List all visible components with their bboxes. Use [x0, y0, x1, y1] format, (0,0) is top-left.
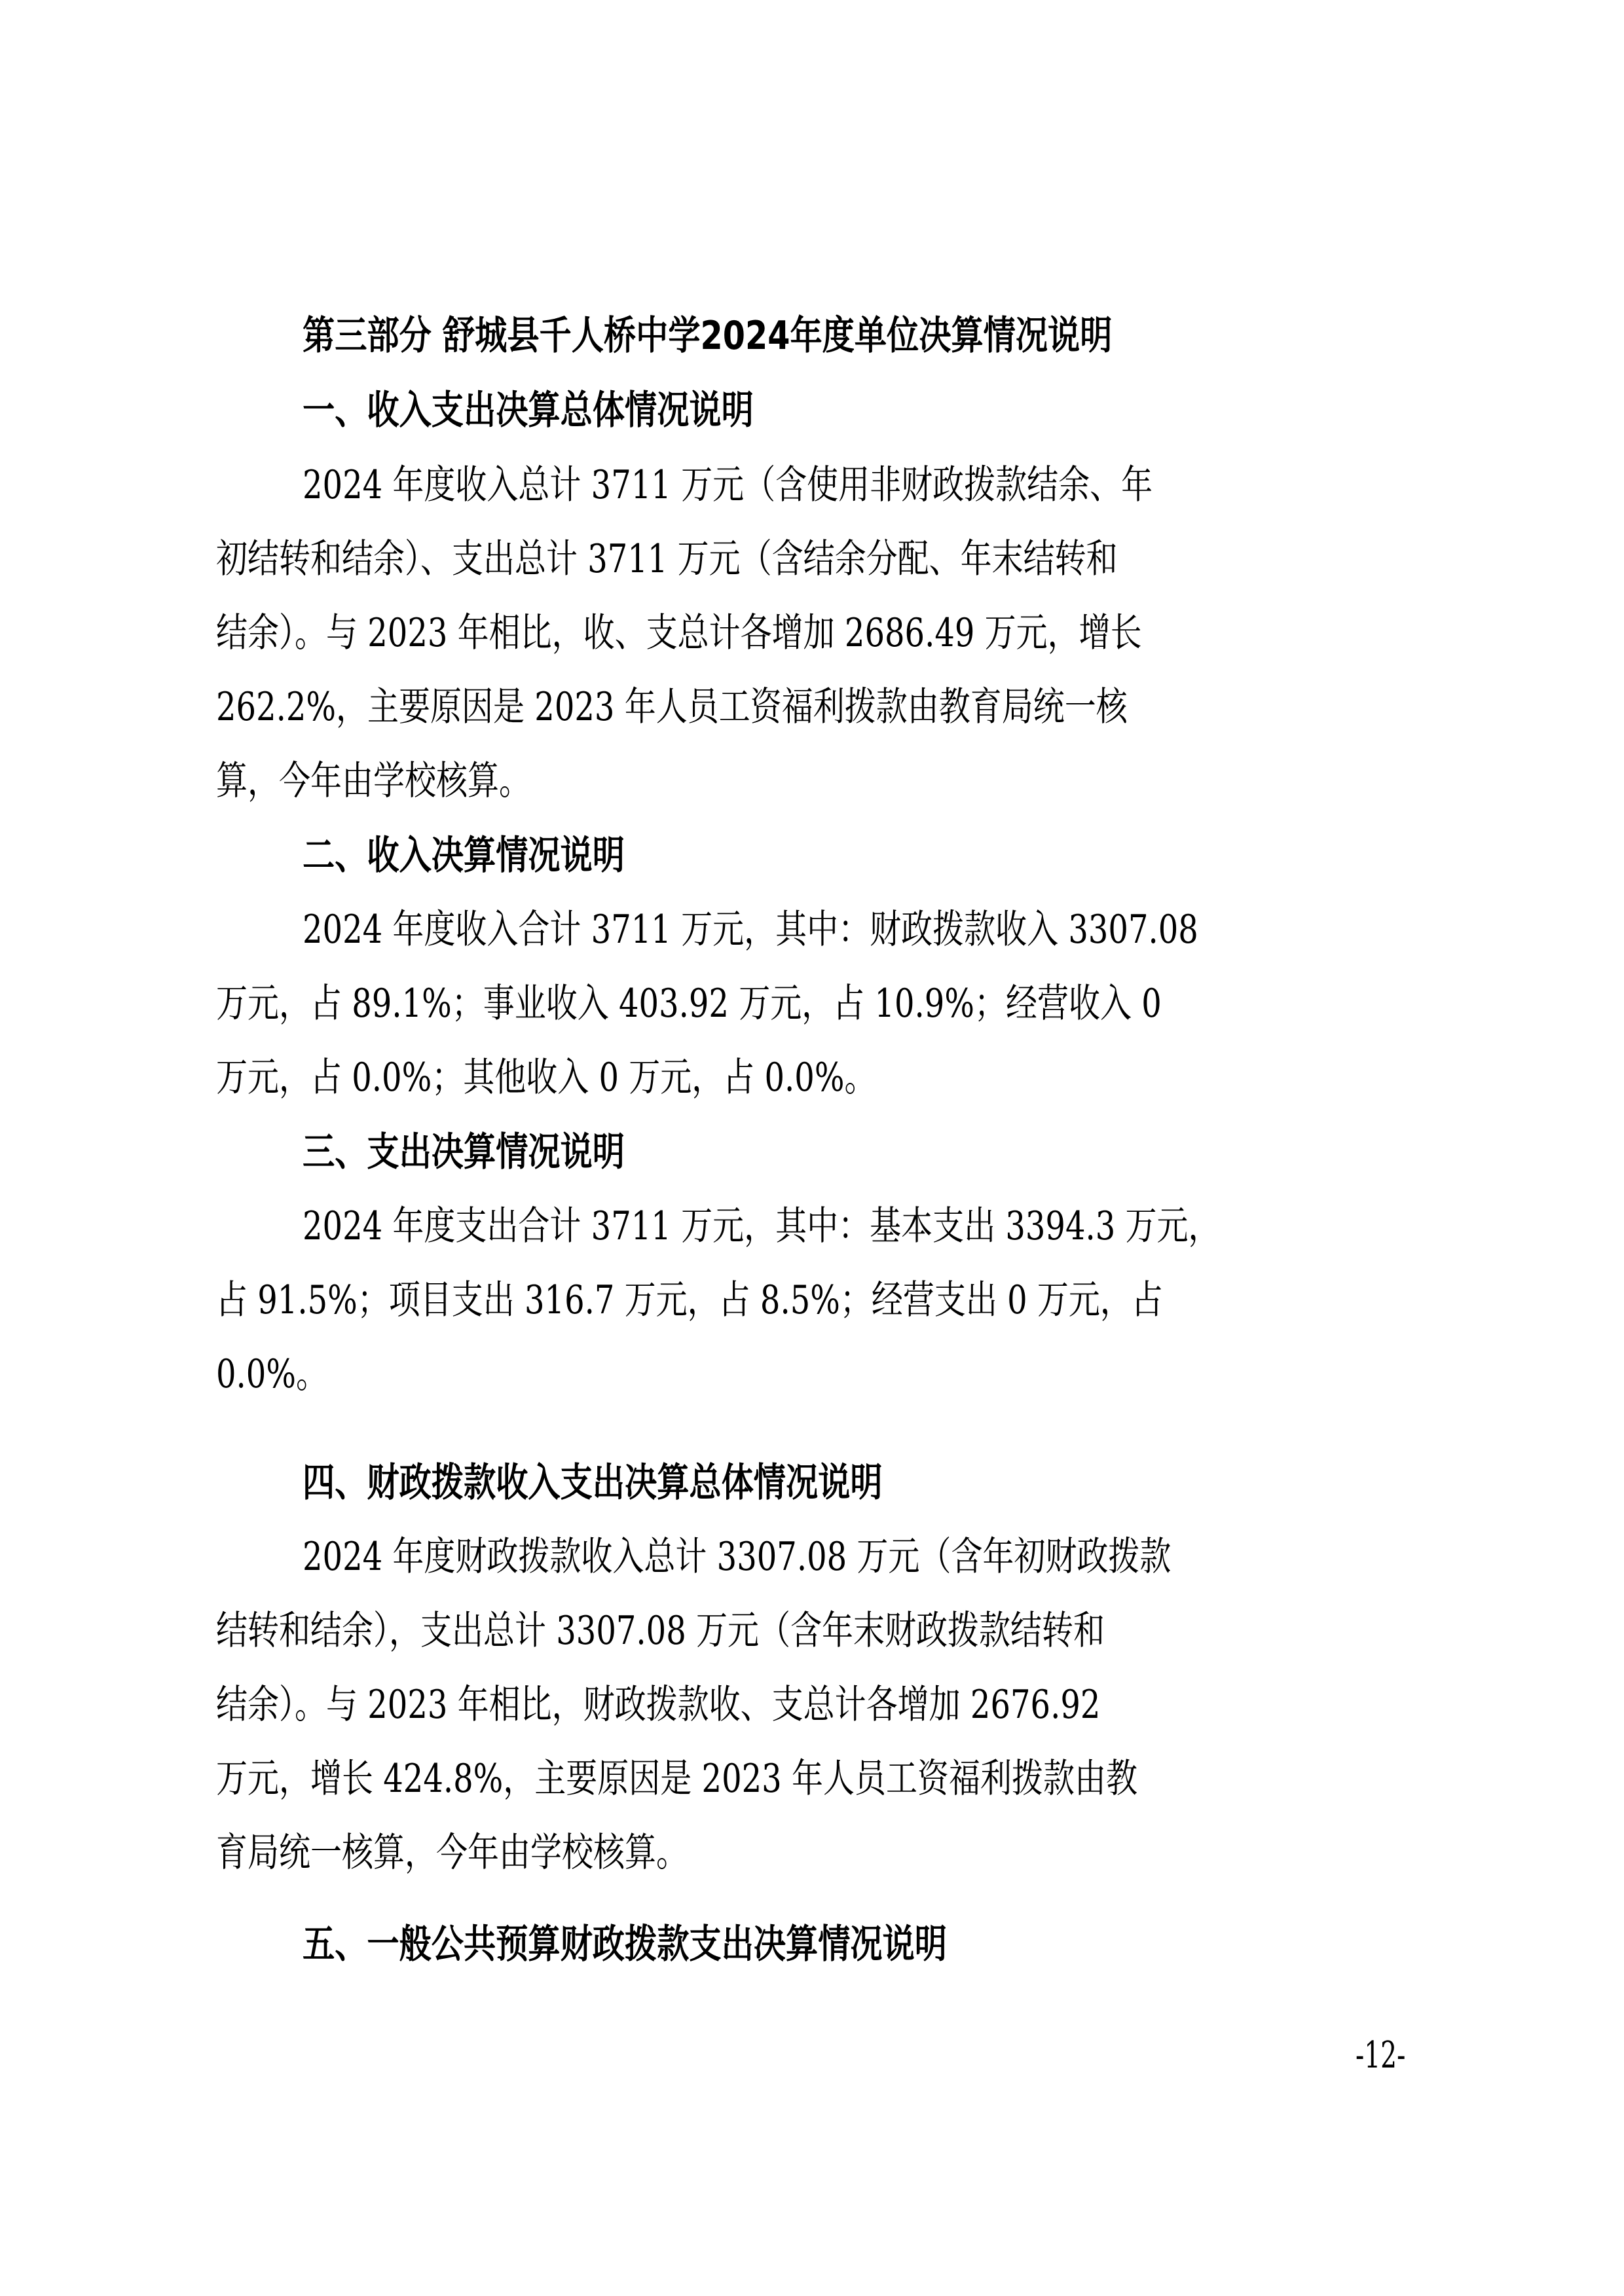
paragraph-line: 育局统一核算，今年由学校核算。 — [216, 1830, 688, 1876]
paragraph-line: 2024 年度财政拨款收入总计 3307.08 万元（含年初财政拨款 — [303, 1534, 1171, 1580]
paragraph-line: 结转和结余），支出总计 3307.08 万元（含年末财政拨款结转和 — [216, 1608, 1105, 1654]
paragraph-line: 0.0%。 — [216, 1351, 327, 1397]
paragraph-line: 万元，占 0.0%；其他收入 0 万元，占 0.0%。 — [216, 1055, 876, 1101]
document-page: 第三部分 舒城县千人桥中学2024年度单位决算情况说明 一、收入支出决算总体情况… — [0, 0, 1624, 2296]
paragraph-line: 262.2%，主要原因是 2023 年人员工资福利拨款由教育局统一核 — [216, 684, 1128, 730]
paragraph-line: 万元，增长 424.8%，主要原因是 2023 年人员工资福利拨款由教 — [216, 1756, 1137, 1802]
paragraph-line: 占 91.5%；项目支出 316.7 万元，占 8.5%；经营支出 0 万元，占 — [216, 1277, 1163, 1323]
section-heading-1: 一、收入支出决算总体情况说明 — [303, 388, 754, 433]
section-heading-4: 四、财政拨款收入支出决算总体情况说明 — [303, 1460, 883, 1506]
paragraph-line: 初结转和结余）、支出总计 3711 万元（含结余分配、年末结转和 — [216, 536, 1118, 582]
paragraph-line: 2024 年度支出合计 3711 万元，其中：基本支出 3394.3 万元， — [303, 1203, 1220, 1249]
paragraph-line: 结余）。与 2023 年相比，财政拨款收、支总计各增加 2676.92 — [216, 1682, 1100, 1728]
document-title: 第三部分 舒城县千人桥中学2024年度单位决算情况说明 — [303, 313, 1112, 359]
section-heading-2: 二、收入决算情况说明 — [303, 833, 625, 879]
section-heading-3: 三、支出决算情况说明 — [303, 1129, 625, 1175]
paragraph-line: 结余）。与 2023 年相比，收、支总计各增加 2686.49 万元，增长 — [216, 610, 1142, 656]
page-number: -12- — [1356, 2033, 1405, 2079]
section-heading-5: 五、一般公共预算财政拨款支出决算情况说明 — [303, 1922, 947, 1967]
paragraph-line: 万元，占 89.1%；事业收入 403.92 万元，占 10.9%；经营收入 0 — [216, 981, 1162, 1027]
paragraph-line: 2024 年度收入总计 3711 万元（含使用非财政拨款结余、年 — [303, 462, 1153, 508]
paragraph-line: 2024 年度收入合计 3711 万元，其中：财政拨款收入 3307.08 — [303, 907, 1198, 953]
paragraph-line: 算，今年由学校核算。 — [216, 758, 530, 804]
